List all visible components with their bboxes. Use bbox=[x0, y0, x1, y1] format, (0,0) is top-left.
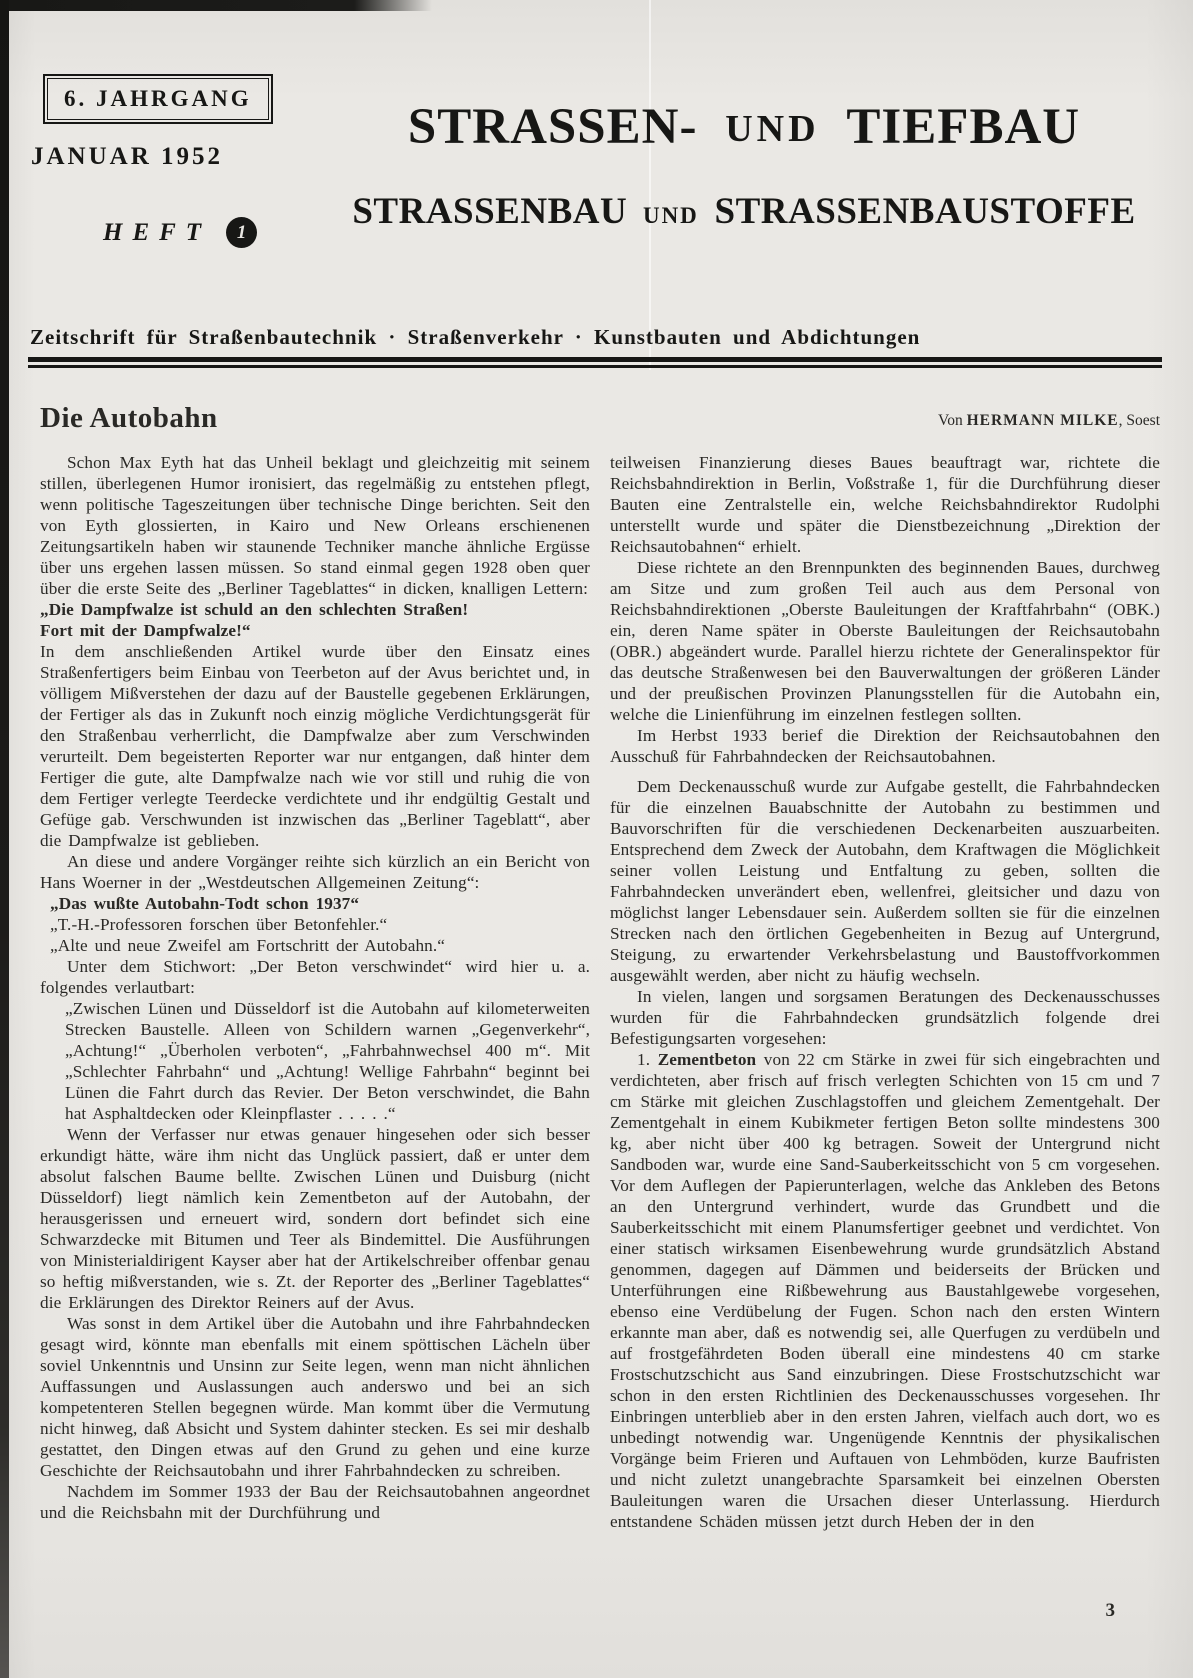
paragraph: An diese und andere Vorgänger reihte sic… bbox=[40, 851, 590, 893]
issue-number-badge: 1 bbox=[226, 217, 257, 248]
paragraph: „Die Dampfwalze ist schuld an den schlec… bbox=[40, 599, 590, 641]
paragraph: Schon Max Eyth hat das Unheil beklagt un… bbox=[40, 452, 590, 599]
volume-box: 6. JAHRGANG bbox=[43, 74, 273, 124]
issue-date: JANUAR 1952 bbox=[31, 143, 223, 171]
paragraph: Was sonst in dem Artikel über die Autoba… bbox=[40, 1313, 590, 1481]
scan-edge-left bbox=[0, 0, 9, 1678]
journal-subtitle: Zeitschrift für Straßenbautechnik · Stra… bbox=[30, 325, 1084, 350]
paragraph: In dem anschließenden Artikel wurde über… bbox=[40, 641, 590, 851]
journal-page: 6. JAHRGANG JANUAR 1952 HEFT 1 STRASSEN-… bbox=[0, 0, 1193, 1678]
byline-prefix: Von bbox=[938, 412, 967, 429]
byline-suffix: , Soest bbox=[1119, 412, 1160, 429]
article-title: Die Autobahn bbox=[40, 404, 218, 433]
paragraph: Nachdem im Sommer 1933 der Bau der Reich… bbox=[40, 1481, 590, 1523]
journal-title-line2: STRASSENBAU UND STRASSENBAUSTOFFE bbox=[318, 190, 1170, 233]
title2-und: UND bbox=[643, 203, 699, 228]
article-body: Schon Max Eyth hat das Unheil beklagt un… bbox=[40, 452, 1160, 1632]
issue-label: HEFT bbox=[103, 219, 211, 247]
paragraph: 1. Zementbeton von 22 cm Stärke in zwei … bbox=[610, 1049, 1160, 1532]
paragraph: „Zwischen Lünen und Düsseldorf ist die A… bbox=[65, 998, 590, 1124]
paragraph: Wenn der Verfasser nur etwas genauer hin… bbox=[40, 1124, 590, 1313]
byline-author: HERMANN MILKE bbox=[967, 412, 1119, 429]
paragraph: „Alte und neue Zweifel am Fortschritt de… bbox=[40, 935, 590, 956]
paragraph: „Das wußte Autobahn-Todt schon 1937“ bbox=[40, 893, 590, 914]
paragraph: Diese richtete an den Brennpunkten des b… bbox=[610, 557, 1160, 725]
title1-part2: TIEFBAU bbox=[846, 99, 1080, 155]
scan-edge-top bbox=[0, 0, 432, 11]
journal-title-line1: STRASSEN- UND TIEFBAU bbox=[318, 98, 1170, 156]
volume-box-inner: 6. JAHRGANG bbox=[47, 78, 269, 120]
page-number: 3 bbox=[1106, 1600, 1116, 1622]
title2-part2: STRASSENBAUSTOFFE bbox=[715, 191, 1136, 232]
volume-label: 6. JAHRGANG bbox=[64, 86, 252, 111]
paragraph: Dem Deckenausschuß wurde zur Aufgabe ges… bbox=[610, 776, 1160, 986]
paragraph: Unter dem Stichwort: „Der Beton verschwi… bbox=[40, 956, 590, 998]
paragraph: teilweisen Finanzierung dieses Baues bea… bbox=[610, 452, 1160, 557]
title1-part1: STRASSEN- bbox=[408, 99, 698, 155]
left-column: Schon Max Eyth hat das Unheil beklagt un… bbox=[40, 452, 590, 1632]
masthead-title-block: STRASSEN- UND TIEFBAU STRASSENBAU UND ST… bbox=[318, 98, 1170, 233]
article-header: Die Autobahn Von HERMANN MILKE, Soest bbox=[40, 404, 1160, 433]
paragraph: Im Herbst 1933 berief die Direktion der … bbox=[610, 725, 1160, 767]
masthead-rule bbox=[28, 357, 1162, 368]
paragraph: „T.-H.-Professoren forschen über Betonfe… bbox=[40, 914, 590, 935]
right-column: teilweisen Finanzierung dieses Baues bea… bbox=[610, 452, 1160, 1632]
title1-und: UND bbox=[725, 108, 819, 150]
issue-row: HEFT 1 bbox=[103, 217, 257, 248]
title2-part1: STRASSENBAU bbox=[352, 191, 627, 232]
paragraph: In vielen, langen und sorgsamen Beratung… bbox=[610, 986, 1160, 1049]
byline: Von HERMANN MILKE, Soest bbox=[938, 412, 1160, 433]
